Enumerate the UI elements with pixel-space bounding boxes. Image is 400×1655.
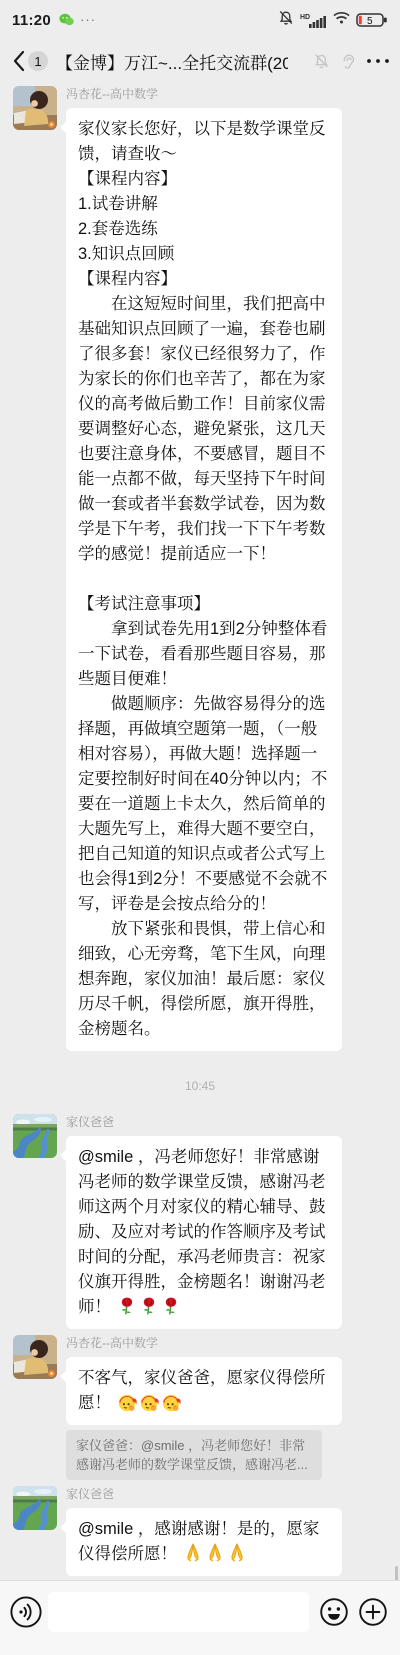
voice-input-button[interactable] <box>6 1592 46 1632</box>
back-button[interactable] <box>10 49 26 73</box>
quoted-message[interactable]: 家仪爸爸：@smile ，冯老师您好！非常感谢冯老师的数学课堂反馈，感谢冯老..… <box>66 1430 322 1480</box>
message-row: 冯杏花--高中数学 不客气，家仪爸爸，愿家仪得偿所愿！ 家仪爸爸：@smile … <box>0 1335 400 1480</box>
avatar-parent[interactable] <box>13 1486 57 1530</box>
avatar-teacher[interactable] <box>13 1335 57 1379</box>
hd-label: HD <box>300 14 310 21</box>
battery-percent-text: 5 <box>367 16 373 27</box>
message-bubble[interactable]: @smile ，感谢感谢！是的，愿家仪得偿所愿！ <box>66 1508 342 1576</box>
rose-emoji-group <box>116 1298 182 1316</box>
message-text: 家仪家长您好，以下是数学课堂反馈，请查收～ 【课程内容】 1.试卷讲解 2.套卷… <box>78 120 327 1038</box>
sender-name: 冯杏花--高中数学 <box>66 1335 387 1352</box>
message-row: 家仪爸爸 @smile ，冯老师您好！非常感谢冯老师的数学课堂反馈，感谢冯老师这… <box>0 1114 400 1329</box>
status-bar: 11:20 ··· HD 5 <box>0 0 400 40</box>
more-options-button[interactable] <box>366 58 390 64</box>
timestamp-divider: 10:45 <box>0 1078 400 1094</box>
ear-mode-icon <box>339 52 358 71</box>
message-input[interactable] <box>48 1592 309 1632</box>
sender-name: 冯杏花--高中数学 <box>66 86 387 103</box>
chat-title: 【金博】万江~...全托交流群(20) <box>56 49 288 74</box>
silent-mode-icon <box>277 9 295 32</box>
input-bar <box>0 1580 400 1655</box>
avatar-parent[interactable] <box>13 1114 57 1158</box>
message-text: @smile ，冯老师您好！非常感谢冯老师的数学课堂反馈，感谢冯老师这两个月对家… <box>78 1148 326 1316</box>
emoji-picker-button[interactable] <box>319 1597 349 1627</box>
message-row: 冯杏花--高中数学 家仪家长您好，以下是数学课堂反馈，请查收～ 【课程内容】 1… <box>0 86 400 1051</box>
more-functions-button[interactable] <box>358 1597 388 1627</box>
status-time: 11:20 <box>12 12 51 29</box>
mute-bell-icon <box>312 52 331 71</box>
message-row: 家仪爸爸 @smile ，感谢感谢！是的，愿家仪得偿所愿！ <box>0 1486 400 1576</box>
avatar-teacher[interactable] <box>13 86 57 130</box>
battery-icon: 5 <box>356 12 388 28</box>
sender-name: 家仪爸爸 <box>66 1486 387 1503</box>
status-more-notifications: ··· <box>80 15 96 25</box>
signal-strength-icon: HD <box>300 12 327 28</box>
message-bubble[interactable]: 家仪家长您好，以下是数学课堂反馈，请查收～ 【课程内容】 1.试卷讲解 2.套卷… <box>66 108 342 1051</box>
scrollbar-thumb[interactable] <box>395 1566 398 1580</box>
message-list[interactable]: 冯杏花--高中数学 家仪家长您好，以下是数学课堂反馈，请查收～ 【课程内容】 1… <box>0 82 400 1580</box>
wifi-icon <box>332 10 351 30</box>
sender-name: 家仪爸爸 <box>66 1114 387 1131</box>
wechat-notification-icon <box>59 13 74 27</box>
message-bubble[interactable]: 不客气，家仪爸爸，愿家仪得偿所愿！ <box>66 1357 342 1425</box>
jiayou-emoji-group <box>116 1394 182 1412</box>
nav-bar: 1 【金博】万江~...全托交流群(20) <box>0 40 400 82</box>
pray-emoji-group <box>182 1545 248 1563</box>
unread-count-badge: 1 <box>28 51 48 71</box>
message-bubble[interactable]: @smile ，冯老师您好！非常感谢冯老师的数学课堂反馈，感谢冯老师这两个月对家… <box>66 1136 342 1329</box>
